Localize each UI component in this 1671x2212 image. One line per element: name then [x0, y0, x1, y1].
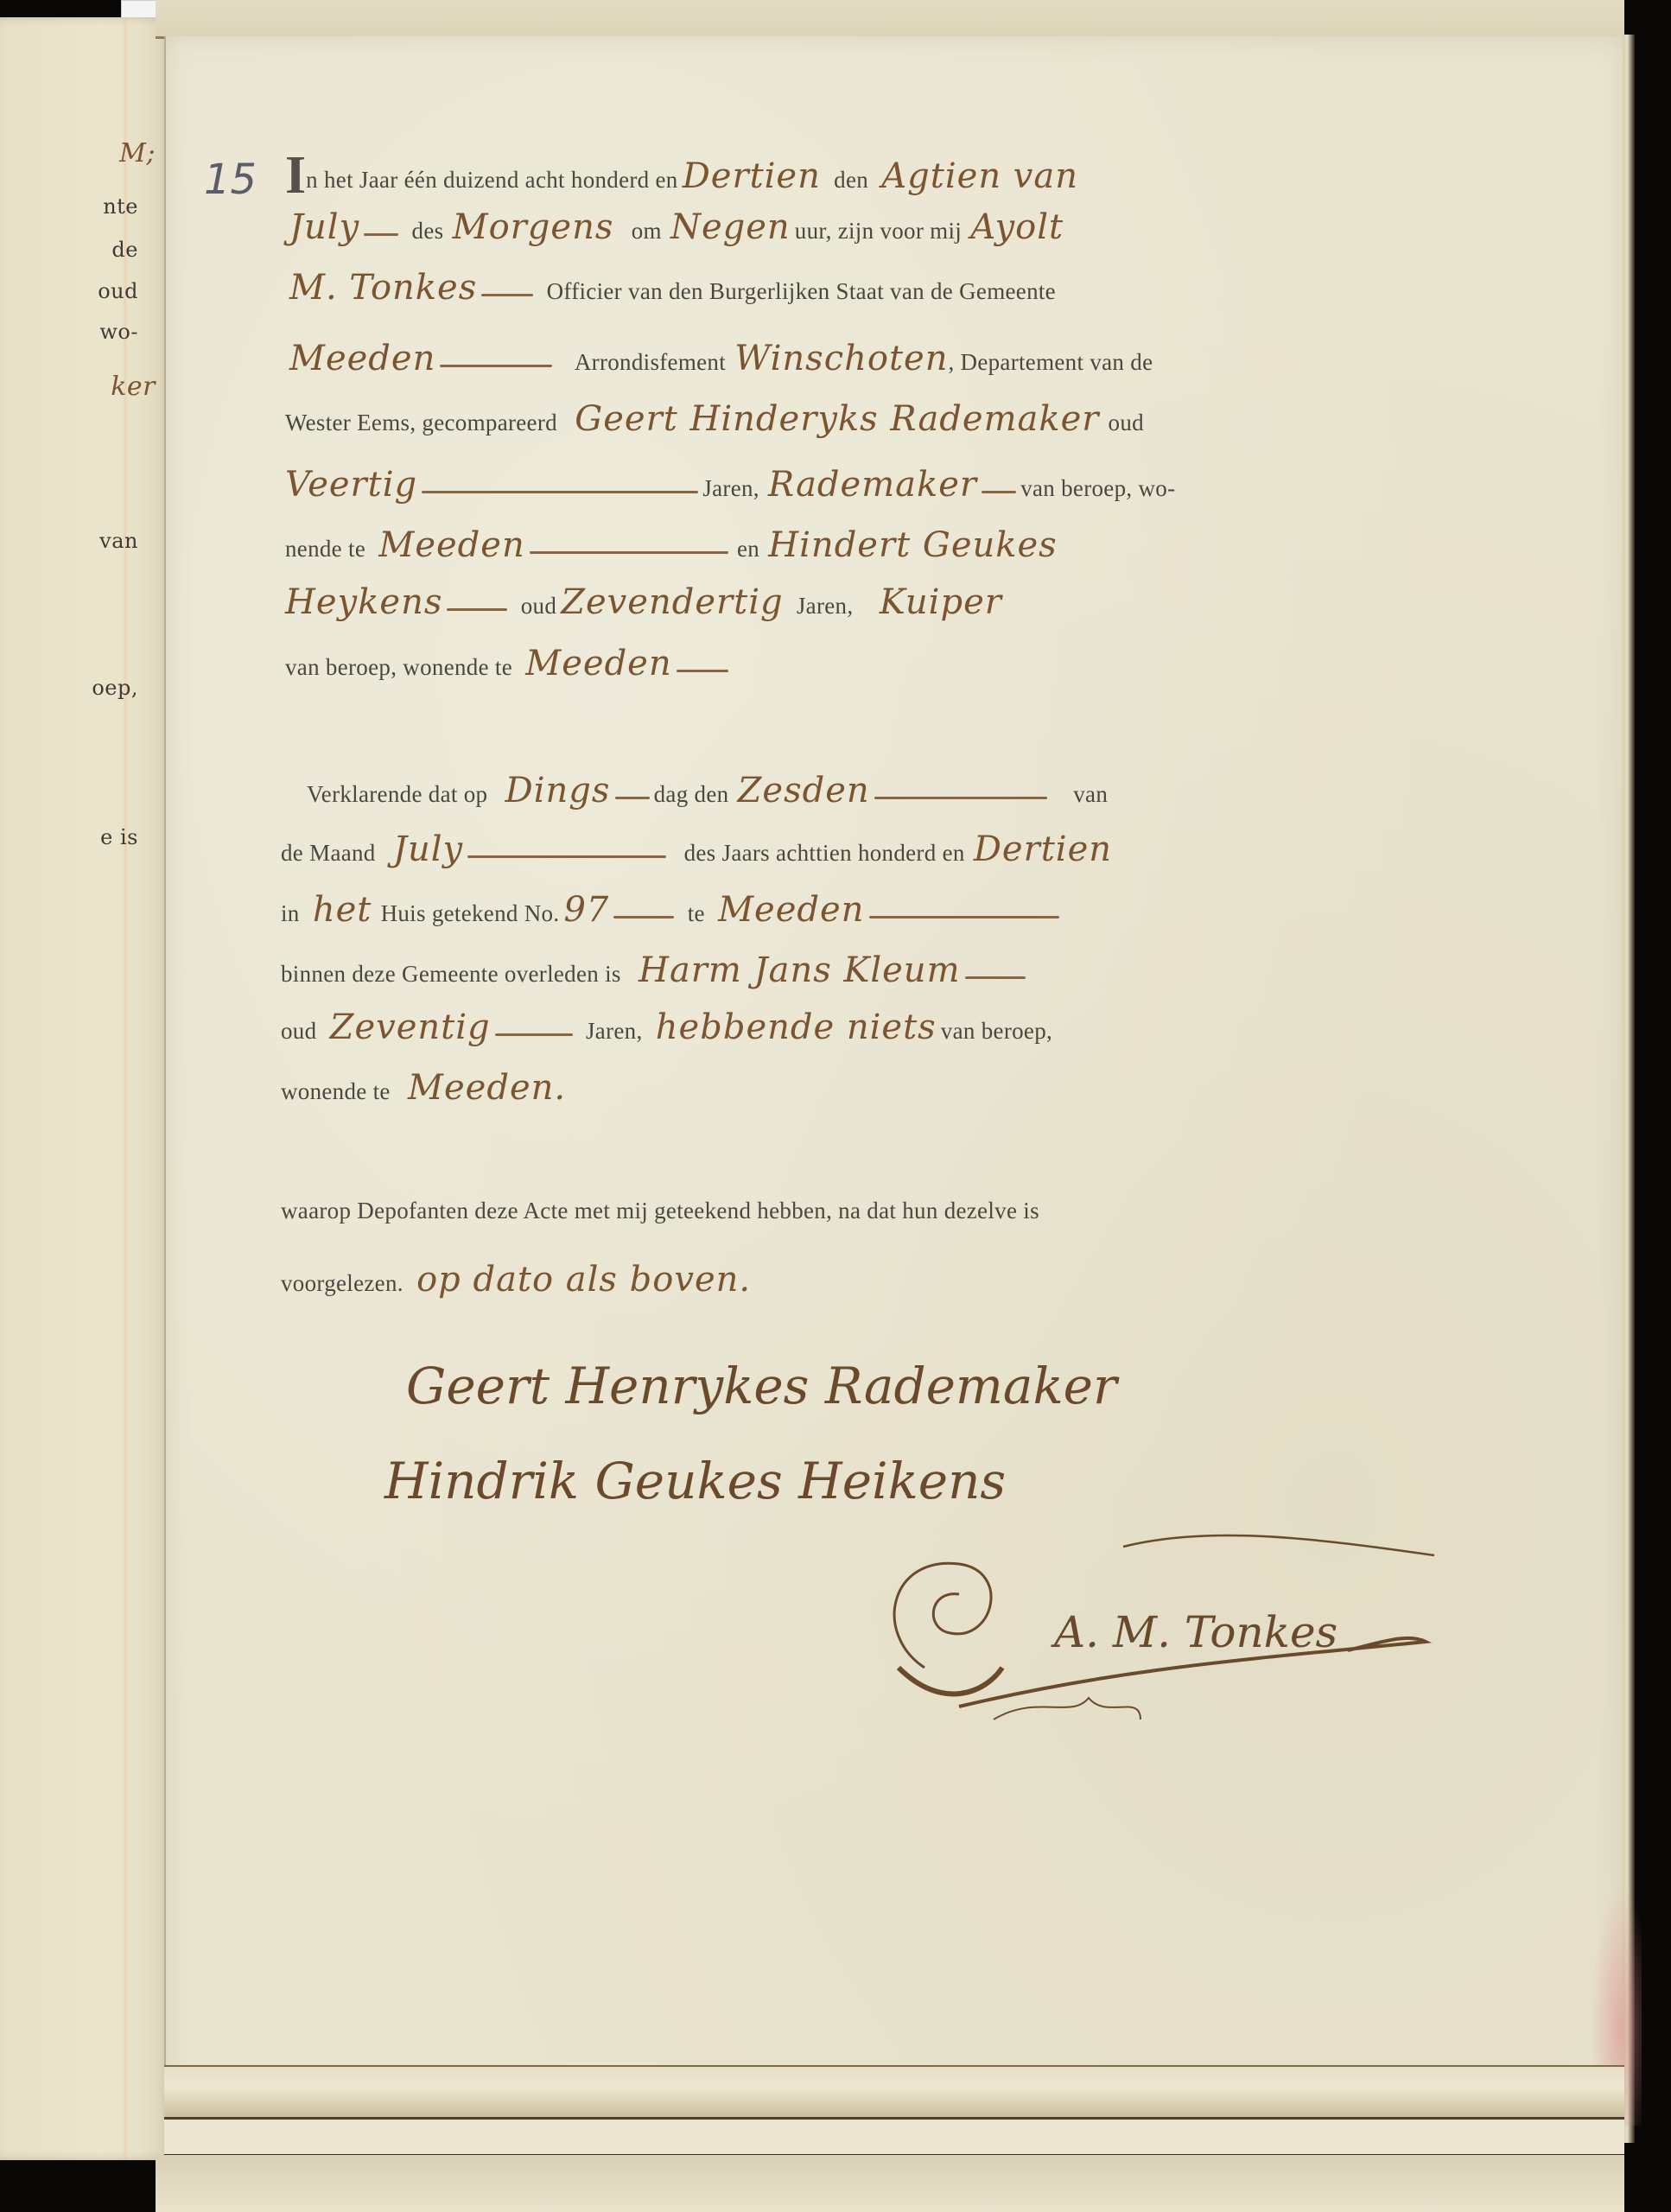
- fill-line: [869, 916, 1059, 918]
- page-fold-edge: [164, 2117, 1624, 2158]
- fill-line: [874, 797, 1047, 799]
- printed-text: voorgelezen.: [281, 1270, 403, 1296]
- fill-line: [467, 855, 666, 858]
- entry-number: 15: [204, 156, 257, 204]
- left-page-fragment: e is: [100, 825, 138, 849]
- printed-text: van beroep,: [941, 1018, 1052, 1044]
- fill-line: [364, 233, 398, 236]
- signature-officer: A. M. Tonkes: [1054, 1607, 1337, 1657]
- record-line-16: waarop Depofanten deze Acte met mij gete…: [281, 1198, 1039, 1224]
- printed-text: in: [281, 900, 300, 926]
- handwritten-deceased-name: Harm Jans Kleum: [639, 950, 960, 990]
- fill-line: [677, 670, 728, 672]
- fill-line: [440, 365, 552, 367]
- printed-text: van beroep, wo-: [1020, 475, 1175, 501]
- record-line-11: de Maand July des Jaars achttien honderd…: [281, 829, 1112, 869]
- handwritten-day: Agtien van: [881, 156, 1078, 196]
- handwritten-witness-2-occupation: Kuiper: [880, 582, 1002, 622]
- handwritten-hour: Negen: [670, 207, 791, 247]
- printed-text: en: [737, 536, 759, 562]
- handwritten-death-place: Meeden: [718, 890, 864, 930]
- printed-text: oud: [1109, 410, 1144, 435]
- printed-text: des: [412, 218, 444, 244]
- left-facing-page: M; nte de oud wo- ker van oep, e is: [0, 17, 173, 2160]
- previous-leaf-edge: [156, 0, 1624, 39]
- handwritten-death-year: Dertien: [974, 829, 1112, 869]
- fill-line: [530, 551, 728, 554]
- left-page-fragment: ker: [111, 372, 156, 402]
- fill-line: [982, 491, 1016, 493]
- record-line-4: Meeden Arrondisfement Winschoten, Depart…: [289, 339, 1153, 378]
- fill-line: [481, 294, 533, 296]
- left-page-fragment: nte: [103, 194, 138, 219]
- record-line-14: oud Zeventig Jaren, hebbende niets van b…: [281, 1007, 1052, 1047]
- record-line-2: July des Morgens om Negen uur, zijn voor…: [289, 207, 1064, 247]
- fill-line: [495, 1033, 573, 1036]
- printed-text: wonende te: [281, 1078, 391, 1104]
- record-line-13: binnen deze Gemeente overleden is Harm J…: [281, 950, 1026, 990]
- printed-text: binnen deze Gemeente overleden is: [281, 961, 621, 987]
- printed-text: dag den: [654, 781, 729, 807]
- record-line-3: M. Tonkes Officier van den Burgerlijken …: [289, 268, 1056, 308]
- printed-text: oud: [281, 1018, 316, 1044]
- printed-text: Verklarende dat op: [307, 781, 487, 807]
- left-page-fragment: de: [111, 238, 138, 262]
- signature-witness-2: Hindrik Geukes Heikens: [384, 1452, 1006, 1510]
- printed-text: des Jaars achttien honderd en: [684, 840, 965, 866]
- left-page-fragment: oud: [98, 279, 138, 303]
- record-line-6: Veertig Jaren, Rademaker van beroep, wo-: [285, 465, 1175, 505]
- printed-text: Huis getekend No.: [381, 900, 560, 926]
- printed-text: Arrondisfement: [575, 349, 726, 375]
- printed-text: waarop Depofanten deze Acte met mij gete…: [281, 1198, 1039, 1224]
- handwritten-witness-1: Geert Hinderyks Rademaker: [575, 399, 1099, 439]
- underlying-page: [156, 2155, 1624, 2212]
- printed-text: , Departement van de: [948, 349, 1153, 375]
- record-line-9: van beroep, wonende te Meeden: [285, 644, 728, 683]
- printed-text: oud: [521, 593, 556, 619]
- record-line-17: voorgelezen. op dato als boven.: [281, 1260, 751, 1300]
- handwritten-weekday: Dings: [505, 771, 611, 810]
- printed-text: Jaren,: [702, 475, 759, 501]
- handwritten-witness-2-given-names: Hindert Geukes: [768, 525, 1057, 565]
- printed-text: n het Jaar één duizend acht honderd en: [306, 167, 677, 193]
- left-page-fragment: M;: [119, 138, 156, 168]
- left-page-fragment: oep,: [92, 676, 138, 700]
- record-line-1: In het Jaar één duizend acht honderd en …: [285, 145, 1078, 207]
- printed-text: de Maand: [281, 840, 376, 866]
- printed-text: nende te: [285, 536, 365, 562]
- signature-witness-1: Geert Henrykes Rademaker: [406, 1357, 1117, 1415]
- handwritten-deceased-age: Zeventig: [330, 1007, 491, 1047]
- handwritten-witness-1-age: Veertig: [285, 465, 417, 505]
- handwritten-month: July: [289, 207, 359, 247]
- handwritten-year: Dertien: [683, 156, 821, 196]
- handwritten-death-day: Zesden: [738, 771, 870, 810]
- handwritten-article: het: [313, 890, 372, 930]
- handwritten-witness-2-residence: Meeden: [525, 644, 671, 683]
- record-line-5: Wester Eems, gecompareerd Geert Hinderyk…: [285, 399, 1144, 439]
- handwritten-witness-1-residence: Meeden: [378, 525, 524, 565]
- handwritten-officer-first-name: Ayolt: [970, 207, 1064, 247]
- record-line-12: in het Huis getekend No. 97 te Meeden: [281, 890, 1059, 930]
- printed-text: te: [688, 900, 705, 926]
- handwritten-death-month: July: [393, 829, 463, 869]
- record-line-8: Heykens oud Zevendertig Jaren, Kuiper: [285, 582, 1002, 622]
- left-page-fragment: van: [99, 529, 138, 553]
- fill-line: [965, 976, 1026, 979]
- printed-text: Jaren,: [586, 1018, 643, 1044]
- printed-text: van: [1073, 781, 1108, 807]
- fill-line: [615, 797, 650, 799]
- fill-line: [447, 608, 507, 611]
- record-line-10: Verklarende dat op Dings dag den Zesden …: [307, 771, 1108, 810]
- printed-text: om: [632, 218, 662, 244]
- printed-text: den: [834, 167, 868, 193]
- printed-text: Jaren,: [797, 593, 854, 619]
- page-bottom-edge: [164, 2065, 1624, 2119]
- handwritten-deceased-occupation: hebbende niets: [656, 1007, 937, 1047]
- handwritten-time-of-day: Morgens: [453, 207, 614, 247]
- printed-text: uur, zijn voor mij: [795, 218, 962, 244]
- printed-text: Officier van den Burgerlijken Staat van …: [547, 278, 1056, 304]
- handwritten-closing: op dato als boven.: [416, 1260, 751, 1300]
- record-line-15: wonende te Meeden.: [281, 1068, 566, 1108]
- handwritten-witness-2-age: Zevendertig: [561, 582, 783, 622]
- handwritten-witness-2-surname: Heykens: [285, 582, 442, 622]
- drop-cap: I: [285, 146, 306, 205]
- page-right-edge: [1623, 35, 1635, 2143]
- handwritten-house-number: 97: [563, 890, 609, 930]
- handwritten-arrondissement: Winschoten: [734, 339, 948, 378]
- printed-text: van beroep, wonende te: [285, 654, 512, 680]
- fill-line: [613, 916, 674, 918]
- left-page-fragment: wo-: [99, 320, 138, 344]
- record-line-7: nende te Meeden en Hindert Geukes: [285, 525, 1058, 565]
- handwritten-witness-1-occupation: Rademaker: [768, 465, 977, 505]
- handwritten-municipality: Meeden: [289, 339, 435, 378]
- handwritten-deceased-residence: Meeden.: [408, 1068, 566, 1108]
- handwritten-officer-surname: M. Tonkes: [289, 268, 477, 308]
- printed-text: Wester Eems, gecompareerd: [285, 410, 557, 435]
- fill-line: [422, 491, 698, 493]
